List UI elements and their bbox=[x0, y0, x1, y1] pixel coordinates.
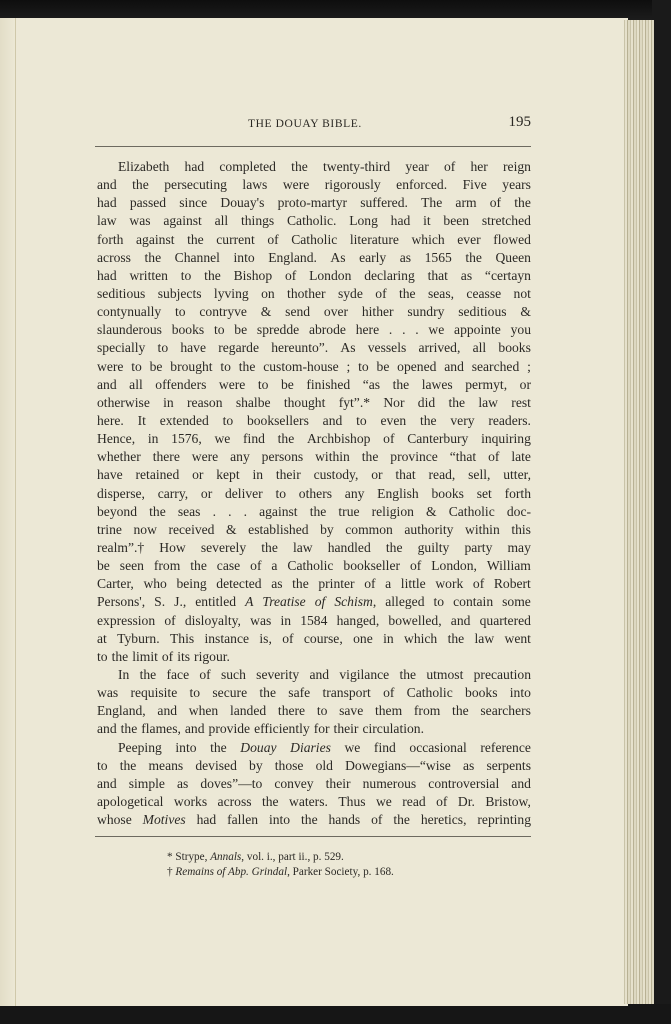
word: here. bbox=[97, 412, 124, 430]
word: by bbox=[320, 521, 334, 539]
word: and bbox=[97, 376, 117, 394]
text-line: otherwiseinreasonshalbethoughtfyt”.*Nord… bbox=[97, 394, 531, 412]
word: as bbox=[461, 267, 472, 285]
word: contryve bbox=[199, 303, 247, 321]
word: as bbox=[400, 249, 411, 267]
word: limit bbox=[132, 648, 158, 666]
word: to bbox=[175, 303, 186, 321]
word: Persons', bbox=[97, 593, 145, 611]
word: being bbox=[176, 575, 206, 593]
word: did bbox=[418, 394, 435, 412]
text-line: Carter,whobeingdetectedastheprinterofali… bbox=[97, 575, 531, 593]
word: “as bbox=[363, 376, 380, 394]
word: inquiring bbox=[481, 430, 531, 448]
word: the bbox=[399, 666, 416, 684]
word: waters. bbox=[289, 793, 328, 811]
word: the bbox=[149, 503, 166, 521]
word: Thus bbox=[338, 793, 365, 811]
word: find bbox=[243, 430, 265, 448]
word: were bbox=[219, 376, 245, 394]
word: S. bbox=[154, 593, 165, 611]
word: authority bbox=[404, 521, 453, 539]
word: law bbox=[475, 630, 495, 648]
word: & bbox=[520, 303, 531, 321]
word: the bbox=[259, 684, 276, 702]
word: a bbox=[385, 575, 391, 593]
word: of bbox=[250, 557, 261, 575]
word: England. bbox=[268, 249, 317, 267]
word: declaring bbox=[364, 267, 415, 285]
word: of bbox=[199, 666, 210, 684]
word: be bbox=[377, 358, 390, 376]
word: Channel bbox=[175, 249, 220, 267]
word: forth bbox=[505, 485, 531, 503]
word: opened bbox=[397, 358, 436, 376]
word: common bbox=[345, 521, 393, 539]
word: law bbox=[478, 394, 498, 412]
word: and bbox=[157, 702, 177, 720]
footnote: * Strype, Annals, vol. i., part ii., p. … bbox=[167, 850, 487, 865]
word: finished bbox=[306, 376, 350, 394]
word: face bbox=[166, 666, 189, 684]
word: & bbox=[426, 503, 437, 521]
word: be bbox=[281, 376, 294, 394]
word: Tyburn. bbox=[117, 630, 159, 648]
word: from bbox=[154, 557, 180, 575]
word: How bbox=[159, 539, 185, 557]
word: little bbox=[401, 575, 426, 593]
word: ; bbox=[527, 358, 531, 376]
word: over bbox=[324, 303, 348, 321]
text-line: hadwrittentotheBishopofLondondeclaringth… bbox=[97, 267, 531, 285]
text-line: acrosstheChannelintoEngland.Asearlyas156… bbox=[97, 249, 531, 267]
word: searchers bbox=[480, 702, 531, 720]
footnote-rule bbox=[95, 836, 531, 837]
word: persecuting bbox=[164, 176, 227, 194]
word: London bbox=[309, 267, 351, 285]
word: we bbox=[376, 793, 392, 811]
word: disloyalty, bbox=[185, 612, 241, 630]
word: find bbox=[374, 739, 396, 757]
word: the bbox=[448, 394, 465, 412]
word: proto-martyr bbox=[278, 194, 347, 212]
word: doc- bbox=[507, 503, 531, 521]
word: transport bbox=[322, 684, 370, 702]
word: the bbox=[210, 739, 227, 757]
word: completed bbox=[219, 158, 276, 176]
word: London, bbox=[431, 557, 477, 575]
word: ever bbox=[457, 231, 480, 249]
word: the bbox=[204, 267, 221, 285]
text-line: realm”.†Howseverelythelawhandledtheguilt… bbox=[97, 539, 531, 557]
word: of bbox=[444, 158, 455, 176]
word: to bbox=[358, 358, 369, 376]
word: across bbox=[97, 249, 131, 267]
word: such bbox=[221, 666, 246, 684]
word: we bbox=[214, 430, 230, 448]
book-cover-right bbox=[652, 0, 671, 1024]
word: of bbox=[285, 267, 296, 285]
word: across bbox=[218, 793, 252, 811]
word: of bbox=[436, 793, 447, 811]
word: any bbox=[230, 448, 250, 466]
word: in bbox=[163, 394, 174, 412]
text-line: apologeticalworksacrossthewaters.Thuswer… bbox=[97, 793, 531, 811]
word: the bbox=[112, 648, 129, 666]
word: to bbox=[434, 593, 445, 611]
word: stretched bbox=[482, 212, 531, 230]
word: seas, bbox=[428, 285, 454, 303]
word: been bbox=[443, 212, 469, 230]
word: hands bbox=[329, 811, 361, 829]
word: send bbox=[285, 303, 310, 321]
word: Hence, bbox=[97, 430, 135, 448]
word: hither bbox=[362, 303, 394, 321]
word: the bbox=[420, 412, 437, 430]
word: rest bbox=[511, 394, 531, 412]
word: the bbox=[301, 811, 318, 829]
word: may bbox=[507, 539, 530, 557]
word: safe bbox=[288, 684, 310, 702]
word: within bbox=[315, 448, 350, 466]
word: to bbox=[275, 485, 286, 503]
word: of bbox=[490, 194, 501, 212]
word: entitled bbox=[195, 593, 236, 611]
text-line: seditioussubjectslyvingonthothersydeofth… bbox=[97, 285, 531, 303]
word: in bbox=[280, 612, 291, 630]
word: in bbox=[148, 430, 159, 448]
footnote-title: Remains of Abp. Grindal bbox=[175, 866, 287, 878]
word: deliver bbox=[225, 485, 263, 503]
text-line: andsimpleasdoves”—toconveytheirnumerousc… bbox=[97, 775, 531, 793]
word: of bbox=[383, 684, 394, 702]
word: trine bbox=[97, 521, 122, 539]
word: the bbox=[187, 231, 204, 249]
word: . bbox=[389, 321, 392, 339]
word: “that bbox=[450, 448, 476, 466]
word: seas bbox=[178, 503, 201, 521]
word: serpents bbox=[486, 757, 531, 775]
footnotes: * Strype, Annals, vol. i., part ii., p. … bbox=[167, 850, 487, 880]
word: This bbox=[170, 630, 194, 648]
word: expression bbox=[97, 612, 155, 630]
word: Catholic bbox=[287, 557, 333, 575]
word: . bbox=[244, 503, 247, 521]
word: of bbox=[267, 231, 278, 249]
word: . bbox=[213, 503, 216, 521]
word: even bbox=[380, 412, 406, 430]
word: occasional bbox=[409, 739, 466, 757]
word: into bbox=[269, 811, 290, 829]
word: vessels bbox=[368, 339, 407, 357]
word: for bbox=[314, 720, 330, 738]
page-edges-stack bbox=[624, 20, 654, 1004]
word: work bbox=[435, 575, 463, 593]
word: seditious bbox=[458, 303, 506, 321]
word: which bbox=[411, 231, 444, 249]
word: disperse, bbox=[97, 485, 145, 503]
word: against bbox=[136, 231, 175, 249]
word: had bbox=[391, 212, 411, 230]
word: . bbox=[228, 503, 231, 521]
word: Catholic bbox=[407, 684, 453, 702]
word: when bbox=[189, 702, 218, 720]
word: Catholic. bbox=[287, 212, 336, 230]
word: which bbox=[404, 630, 437, 648]
word: bowelled, bbox=[388, 612, 441, 630]
word: of bbox=[364, 575, 375, 593]
word: circulation. bbox=[362, 720, 424, 738]
word: J., bbox=[174, 593, 186, 611]
word: & bbox=[226, 521, 237, 539]
word: contynually bbox=[97, 303, 161, 321]
word: was bbox=[250, 612, 271, 630]
word: and bbox=[444, 358, 464, 376]
word: now bbox=[133, 521, 156, 539]
text-line: tothelimitofitsrigour. bbox=[97, 648, 531, 666]
word: apologetical bbox=[97, 793, 163, 811]
word: the bbox=[393, 376, 410, 394]
word: to bbox=[317, 702, 328, 720]
word: offenders bbox=[155, 376, 206, 394]
word: old bbox=[316, 757, 333, 775]
word: save bbox=[339, 702, 363, 720]
word: realm”.† bbox=[97, 539, 144, 557]
word: readers. bbox=[488, 412, 531, 430]
book-cover-bottom bbox=[0, 1004, 671, 1024]
word: be bbox=[150, 358, 163, 376]
word: the bbox=[132, 176, 149, 194]
word: slaunderous bbox=[97, 321, 162, 339]
word: into bbox=[175, 739, 196, 757]
word: enforced. bbox=[396, 176, 447, 194]
word: the bbox=[386, 539, 403, 557]
word: Five bbox=[463, 176, 487, 194]
word: devised bbox=[195, 757, 237, 775]
word: all bbox=[129, 376, 143, 394]
word: case bbox=[217, 557, 240, 575]
word: of bbox=[383, 430, 394, 448]
running-head: THE DOUAY BIBLE. 195 bbox=[115, 114, 531, 136]
word: set bbox=[477, 485, 492, 503]
word: numerous bbox=[363, 775, 417, 793]
word: books bbox=[465, 684, 497, 702]
word: year bbox=[405, 158, 428, 176]
word: to bbox=[158, 339, 169, 357]
word: and bbox=[97, 720, 117, 738]
text-line: whoseMotiveshadfallenintothehandsofthehe… bbox=[97, 811, 531, 829]
word: ; bbox=[347, 358, 351, 376]
word: not bbox=[514, 285, 531, 303]
word: against bbox=[259, 503, 298, 521]
word: works bbox=[174, 793, 207, 811]
word: early bbox=[359, 249, 386, 267]
word: otherwise bbox=[97, 394, 150, 412]
footnote-title: Annals bbox=[210, 851, 241, 863]
word: read bbox=[402, 793, 425, 811]
text-line: PeepingintotheDouayDiarieswefindoccasion… bbox=[97, 739, 531, 757]
word: literature bbox=[350, 231, 399, 249]
word: Motives bbox=[143, 811, 186, 829]
word: abrode bbox=[309, 321, 346, 339]
word: province bbox=[390, 448, 438, 466]
word: were bbox=[97, 358, 123, 376]
word: subjects bbox=[158, 285, 202, 303]
word: & bbox=[261, 303, 272, 321]
text-line: whethertherewereanypersonswithintheprovi… bbox=[97, 448, 531, 466]
word: the bbox=[393, 811, 410, 829]
word: of bbox=[282, 630, 293, 648]
word: severity bbox=[256, 666, 299, 684]
word: doves”—to bbox=[200, 775, 262, 793]
word: we bbox=[344, 739, 360, 757]
word: books bbox=[431, 485, 463, 503]
word: “certayn bbox=[485, 267, 531, 285]
word: hereunto”. bbox=[271, 339, 328, 357]
word: of bbox=[488, 448, 499, 466]
word: current bbox=[216, 231, 255, 249]
word: in bbox=[383, 630, 394, 648]
word: within bbox=[465, 521, 500, 539]
word: books bbox=[172, 321, 204, 339]
word: to bbox=[190, 684, 201, 702]
word: from bbox=[414, 702, 440, 720]
word: and bbox=[451, 612, 471, 630]
word: Bishop bbox=[234, 267, 273, 285]
word: or bbox=[192, 466, 203, 484]
word: all bbox=[215, 212, 229, 230]
word: Robert bbox=[494, 575, 531, 593]
word: the bbox=[292, 575, 309, 593]
word: and bbox=[97, 775, 117, 793]
word: of bbox=[473, 575, 484, 593]
word: kept bbox=[216, 466, 239, 484]
text-line: here.Itextendedtobooksellersandtoeventhe… bbox=[97, 412, 531, 430]
word: ceasse bbox=[466, 285, 501, 303]
text-line: andtheflames,andprovideefficientlyforthe… bbox=[97, 720, 531, 738]
word: had bbox=[97, 267, 117, 285]
text-line: lawwasagainstallthingsCatholic.Longhadit… bbox=[97, 212, 531, 230]
word: printer bbox=[318, 575, 354, 593]
word: of bbox=[371, 811, 382, 829]
text-line: andalloffendersweretobefinished“asthelaw… bbox=[97, 376, 531, 394]
word: severely bbox=[201, 539, 246, 557]
word: suffered. bbox=[360, 194, 408, 212]
word: was bbox=[129, 212, 150, 230]
word: brought bbox=[170, 358, 212, 376]
text-line: hadpassedsinceDouay'sproto-martyrsuffere… bbox=[97, 194, 531, 212]
word: regarde bbox=[218, 339, 259, 357]
word: some bbox=[502, 593, 531, 611]
word: In bbox=[118, 666, 129, 684]
word: on bbox=[261, 285, 275, 303]
word: As bbox=[330, 249, 345, 267]
word: rigour. bbox=[194, 648, 230, 666]
word: appointe bbox=[454, 321, 501, 339]
text-line: haveretainedorkeptintheircustody,orthatr… bbox=[97, 466, 531, 484]
word: passed bbox=[130, 194, 166, 212]
word: the bbox=[452, 702, 469, 720]
word: alleged bbox=[385, 593, 424, 611]
word: precaution bbox=[474, 666, 531, 684]
word: Bristow, bbox=[485, 793, 531, 811]
word: efficiently bbox=[254, 720, 310, 738]
word: controversial bbox=[428, 775, 499, 793]
word: . bbox=[415, 321, 418, 339]
word: one bbox=[353, 630, 373, 648]
word: there bbox=[153, 448, 180, 466]
word: as bbox=[271, 575, 282, 593]
word: this bbox=[511, 521, 531, 539]
word: there bbox=[278, 702, 305, 720]
word: reason bbox=[187, 394, 222, 412]
word: landed bbox=[230, 702, 266, 720]
word: them bbox=[375, 702, 402, 720]
word: others bbox=[299, 485, 332, 503]
word: very bbox=[450, 412, 474, 430]
word: secure bbox=[212, 684, 247, 702]
word: to bbox=[223, 412, 234, 430]
word: the bbox=[140, 666, 157, 684]
word: it bbox=[423, 212, 431, 230]
word: have bbox=[180, 339, 206, 357]
word: their bbox=[334, 720, 359, 738]
word: and bbox=[309, 666, 329, 684]
word: of bbox=[410, 557, 421, 575]
word: requisite bbox=[130, 684, 177, 702]
book-cover-top bbox=[0, 0, 671, 20]
word: Dowegians—“wise bbox=[345, 757, 451, 775]
word: seen bbox=[120, 557, 144, 575]
word: written bbox=[129, 267, 168, 285]
word: of bbox=[162, 648, 173, 666]
word: . bbox=[402, 321, 405, 339]
word: As bbox=[340, 339, 355, 357]
word: the bbox=[120, 757, 137, 775]
word: 1565 bbox=[425, 249, 452, 267]
footnote: † Remains of Abp. Grindal, Parker Societ… bbox=[167, 865, 487, 880]
word: you bbox=[511, 321, 531, 339]
word: the bbox=[514, 194, 531, 212]
word: of bbox=[164, 612, 175, 630]
text-line: weretobebroughttothecustom-house;tobeope… bbox=[97, 358, 531, 376]
word: vigilance bbox=[339, 666, 389, 684]
word: sundry bbox=[407, 303, 444, 321]
word: that bbox=[428, 267, 448, 285]
word: reprinting bbox=[477, 811, 531, 829]
word: guilty bbox=[418, 539, 450, 557]
word: Diaries bbox=[290, 739, 331, 757]
word: Elizabeth bbox=[118, 158, 169, 176]
word: means bbox=[148, 757, 183, 775]
word: to bbox=[220, 358, 231, 376]
word: syde bbox=[338, 285, 363, 303]
word: and bbox=[323, 412, 343, 430]
word: and bbox=[511, 775, 531, 793]
word: Archbishop bbox=[307, 430, 370, 448]
word: arrived, bbox=[418, 339, 460, 357]
word: and bbox=[97, 176, 117, 194]
word: the bbox=[465, 249, 482, 267]
text-line: disperse,carry,ordelivertoothersanyEngli… bbox=[97, 485, 531, 503]
word: party bbox=[464, 539, 492, 557]
word: into bbox=[510, 684, 531, 702]
word: lyving bbox=[214, 285, 249, 303]
word: flowed bbox=[493, 231, 531, 249]
text-line: forthagainstthecurrentofCatholicliteratu… bbox=[97, 231, 531, 249]
word: flames, bbox=[141, 720, 181, 738]
word: their bbox=[276, 466, 301, 484]
